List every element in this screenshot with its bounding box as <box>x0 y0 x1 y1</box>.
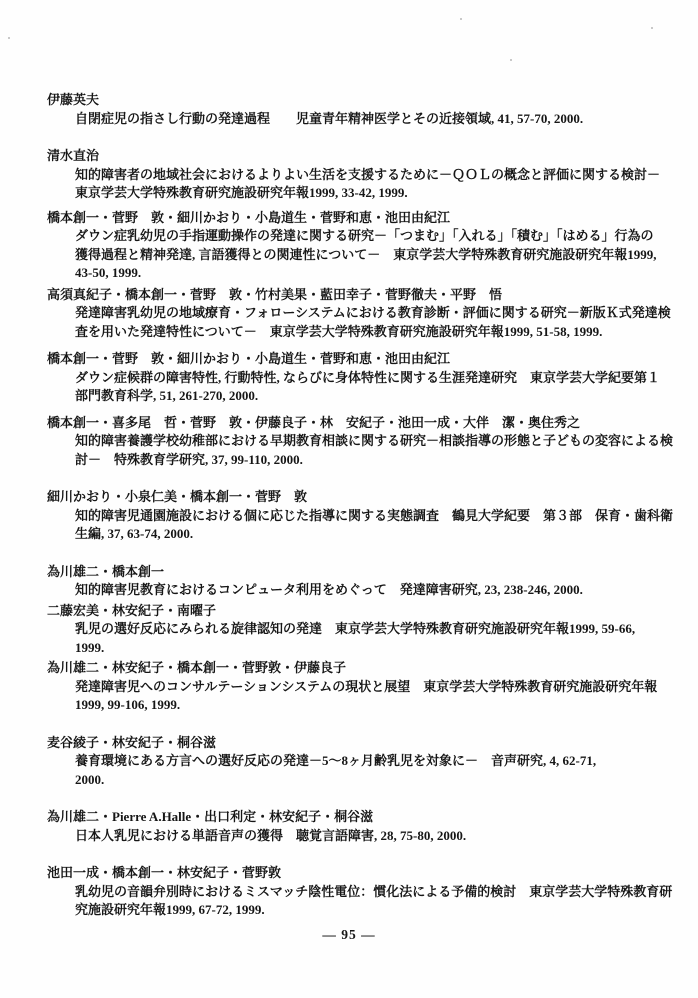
reference-line: 1999. <box>75 639 668 658</box>
reference-line: 発達障害乳幼児の地域療育・フォローシステムにおける教育診断・評価に関する研究－新… <box>75 304 668 323</box>
reference-line: ダウン症候群の障害特性, 行動特性, ならびに身体特性に関する生涯発達研究 東京… <box>75 369 668 388</box>
reference-entry: 池田一成・橋本創一・林安紀子・菅野敦 乳幼児の音韻弁別時におけるミスマッチ陰性電… <box>47 864 668 920</box>
reference-line: 発達障害児へのコンサルテーションシステムの現状と展望 東京学芸大学特殊教育研究施… <box>75 678 668 697</box>
reference-line: 1999, 99-106, 1999. <box>75 696 668 715</box>
reference-line: 討－ 特殊教育学研究, 37, 99-110, 2000. <box>75 451 668 470</box>
reference-entry: 為川雄二・林安紀子・橋本創一・菅野敦・伊藤良子 発達障害児へのコンサルテーション… <box>47 659 668 715</box>
reference-line: 乳児の選好反応にみられる旋律認知の発達 東京学芸大学特殊教育研究施設研究年報19… <box>75 620 668 639</box>
reference-entry: 高須真紀子・橋本創一・菅野 敦・竹村美果・藍田幸子・菅野徹夫・平野 悟 発達障害… <box>47 286 668 342</box>
reference-line: 生編, 37, 63-74, 2000. <box>75 525 668 544</box>
reference-authors: 為川雄二・橋本創一 <box>47 563 668 582</box>
reference-line: 2000. <box>75 771 668 790</box>
reference-entry: 細川かおり・小泉仁美・橋本創一・菅野 敦 知的障害児通園施設における個に応じた指… <box>47 488 668 544</box>
reference-authors: 橋本創一・菅野 敦・細川かおり・小島道生・菅野和恵・池田由紀江 <box>47 350 668 369</box>
reference-line: 獲得過程と精神発達, 言語獲得との関連性について－ 東京学芸大学特殊教育研究施設… <box>75 246 668 265</box>
reference-list: 伊藤英夫 自閉症児の指さし行動の発達過程 児童青年精神医学とその近接領域, 41… <box>47 91 668 920</box>
reference-line: 知的障害者の地域社会におけるよりよい生活を支援するために－ＱＯＬの概念と評価に関… <box>75 166 668 185</box>
document-page: 伊藤英夫 自閉症児の指さし行動の発達過程 児童青年精神医学とその近接領域, 41… <box>0 0 698 998</box>
reference-entry: 清水直治 知的障害者の地域社会におけるよりよい生活を支援するために－ＱＯＬの概念… <box>47 147 668 203</box>
reference-line: 査を用いた発達特性について－ 東京学芸大学特殊教育研究施設研究年報1999, 5… <box>75 323 668 342</box>
reference-authors: 池田一成・橋本創一・林安紀子・菅野敦 <box>47 864 668 883</box>
reference-line: 日本人乳児における単語音声の獲得 聴覚言語障害, 28, 75-80, 2000… <box>75 827 668 846</box>
reference-authors: 伊藤英夫 <box>47 91 668 110</box>
reference-line: 知的障害養護学校幼稚部における早期教育相談に関する研究－相談指導の形態と子どもの… <box>75 432 668 451</box>
reference-entry: 橋本創一・菅野 敦・細川かおり・小島道生・菅野和恵・池田由紀江 ダウン症乳幼児の… <box>47 209 668 283</box>
scan-speckle <box>651 27 653 29</box>
reference-line: 部門教育科学, 51, 261-270, 2000. <box>75 387 668 406</box>
reference-entry: 橋本創一・喜多尾 哲・菅野 敦・伊藤良子・林 安紀子・池田一成・大伴 潔・奥住秀… <box>47 414 668 470</box>
reference-entry: 伊藤英夫 自閉症児の指さし行動の発達過程 児童青年精神医学とその近接領域, 41… <box>47 91 668 128</box>
scan-speckle <box>8 37 10 39</box>
reference-authors: 細川かおり・小泉仁美・橋本創一・菅野 敦 <box>47 488 668 507</box>
reference-line: 養育環境にある方言への選好反応の発達－5～8ヶ月齢乳児を対象に－ 音声研究, 4… <box>75 752 668 771</box>
scan-speckle <box>460 18 462 20</box>
reference-authors: 為川雄二・林安紀子・橋本創一・菅野敦・伊藤良子 <box>47 659 668 678</box>
reference-authors: 橋本創一・喜多尾 哲・菅野 敦・伊藤良子・林 安紀子・池田一成・大伴 潔・奥住秀… <box>47 414 668 433</box>
reference-authors: 高須真紀子・橋本創一・菅野 敦・竹村美果・藍田幸子・菅野徹夫・平野 悟 <box>47 286 668 305</box>
reference-line: ダウン症乳幼児の手指運動操作の発達に関する研究－「つまむ」「入れる」「積む」「は… <box>75 227 668 246</box>
scan-speckle <box>510 59 512 61</box>
reference-line: 知的障害児通園施設における個に応じた指導に関する実態調査 鶴見大学紀要 第３部 … <box>75 507 668 526</box>
reference-authors: 為川雄二・Pierre A.Halle・出口利定・林安紀子・桐谷滋 <box>47 808 668 827</box>
reference-line: 自閉症児の指さし行動の発達過程 児童青年精神医学とその近接領域, 41, 57-… <box>75 110 668 129</box>
page-number: ― 95 ― <box>0 926 698 945</box>
reference-authors: 二藤宏美・林安紀子・南曜子 <box>47 602 668 621</box>
reference-authors: 清水直治 <box>47 147 668 166</box>
reference-line: 東京学芸大学特殊教育研究施設研究年報1999, 33-42, 1999. <box>75 184 668 203</box>
reference-entry: 為川雄二・橋本創一 知的障害児教育におけるコンピュータ利用をめぐって 発達障害研… <box>47 563 668 600</box>
reference-entry: 二藤宏美・林安紀子・南曜子 乳児の選好反応にみられる旋律認知の発達 東京学芸大学… <box>47 602 668 658</box>
reference-line: 究施設研究年報1999, 67-72, 1999. <box>75 901 668 920</box>
reference-authors: 橋本創一・菅野 敦・細川かおり・小島道生・菅野和恵・池田由紀江 <box>47 209 668 228</box>
reference-entry: 麦谷綾子・林安紀子・桐谷滋 養育環境にある方言への選好反応の発達－5～8ヶ月齢乳… <box>47 734 668 790</box>
reference-authors: 麦谷綾子・林安紀子・桐谷滋 <box>47 734 668 753</box>
reference-entry: 為川雄二・Pierre A.Halle・出口利定・林安紀子・桐谷滋 日本人乳児に… <box>47 808 668 845</box>
reference-line: 43-50, 1999. <box>75 264 668 283</box>
reference-line: 乳幼児の音韻弁別時におけるミスマッチ陰性電位：慣化法による予備的検討 東京学芸大… <box>75 883 668 902</box>
reference-line: 知的障害児教育におけるコンピュータ利用をめぐって 発達障害研究, 23, 238… <box>75 581 668 600</box>
reference-entry: 橋本創一・菅野 敦・細川かおり・小島道生・菅野和恵・池田由紀江 ダウン症候群の障… <box>47 350 668 406</box>
